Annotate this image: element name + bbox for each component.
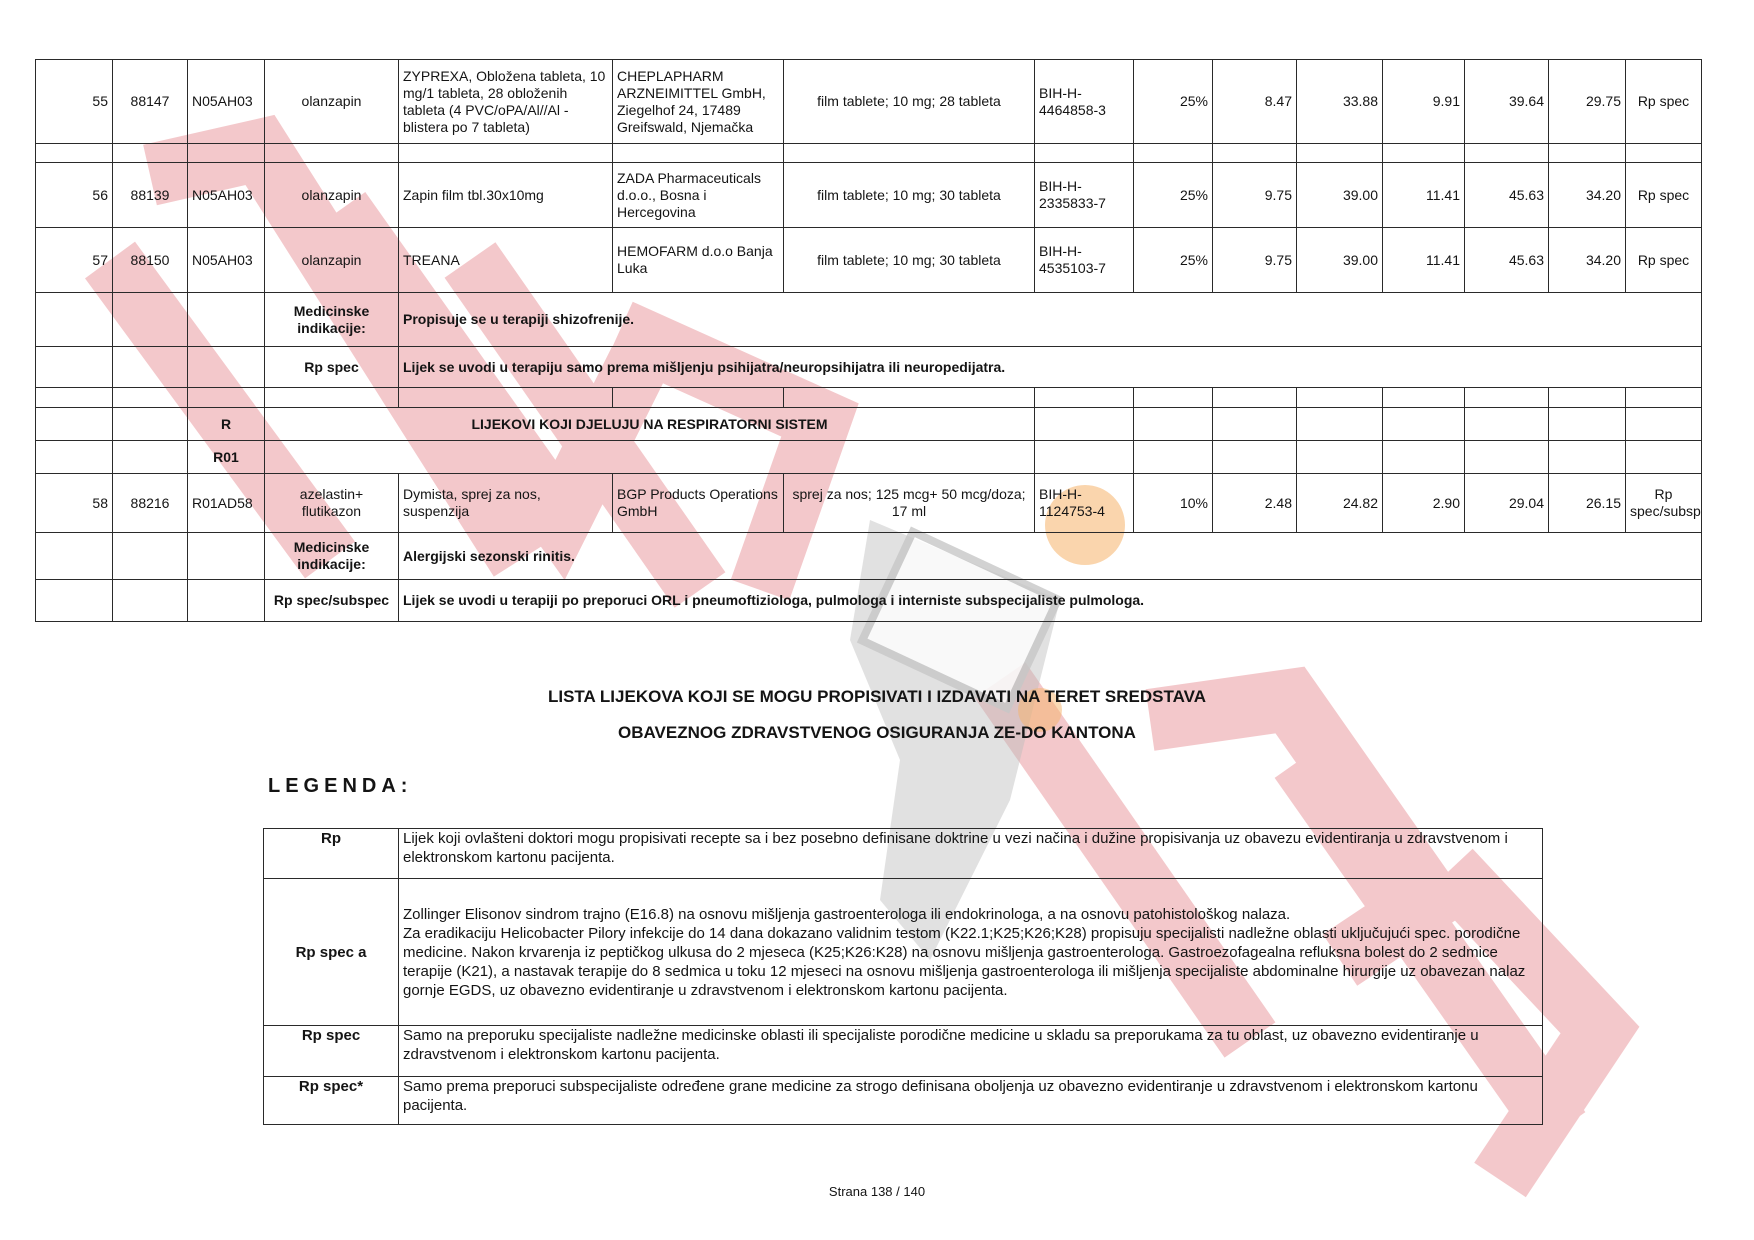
legend-text: Samo na preporuku specijaliste nadležne … <box>399 1026 1543 1077</box>
atc-code: N05AH03 <box>188 60 265 144</box>
license-number: BIH-H-4464858-3 <box>1035 60 1134 144</box>
group-title: LIJEKOVI KOJI DJELUJU NA RESPIRATORNI SI… <box>265 408 1035 441</box>
note-label: Medicinske indikacije: <box>265 293 399 347</box>
empty-cell <box>1549 388 1626 408</box>
inn-name: azelastin+ flutikazon <box>265 474 399 533</box>
group-code: R <box>188 408 265 441</box>
price-participation: 8.47 <box>1213 60 1297 144</box>
empty-cell <box>1465 441 1549 474</box>
empty-cell <box>36 347 113 388</box>
price-3: 29.04 <box>1465 474 1549 533</box>
empty-cell <box>399 388 613 408</box>
empty-cell <box>1134 388 1213 408</box>
empty-cell <box>265 388 399 408</box>
participation-percent: 25% <box>1134 228 1213 293</box>
empty-cell <box>613 388 784 408</box>
prescription-regime: Rp spec <box>1626 228 1702 293</box>
drug-code: 88139 <box>113 163 188 228</box>
empty-cell <box>1626 144 1702 163</box>
price-1: 33.88 <box>1297 60 1383 144</box>
olanzapin-regime-row: Rp specLijek se uvodi u terapiju samo pr… <box>36 347 1702 388</box>
price-1: 24.82 <box>1297 474 1383 533</box>
price-1: 39.00 <box>1297 228 1383 293</box>
legend-row-rp: Rp Lijek koji ovlašteni doktori mogu pro… <box>264 829 1543 879</box>
empty-cell <box>1297 144 1383 163</box>
empty-cell <box>1626 388 1702 408</box>
price-4: 26.15 <box>1549 474 1626 533</box>
empty-cell <box>36 408 113 441</box>
empty-cell <box>1626 441 1702 474</box>
empty-cell <box>188 388 265 408</box>
legend-text-line: Za eradikaciju Helicobacter Pilory infek… <box>403 924 1538 1000</box>
legend-row-rp-spec-star: Rp spec* Samo prema preporuci subspecija… <box>264 1077 1543 1125</box>
empty-cell <box>113 347 188 388</box>
group-code: R01 <box>188 441 265 474</box>
price-2: 9.91 <box>1383 60 1465 144</box>
atc-code: R01AD58 <box>188 474 265 533</box>
empty-cell <box>1134 408 1213 441</box>
drug-code: 88150 <box>113 228 188 293</box>
empty-cell <box>399 144 613 163</box>
participation-percent: 10% <box>1134 474 1213 533</box>
empty-cell <box>1465 408 1549 441</box>
license-number: BIH-H-1124753-4 <box>1035 474 1134 533</box>
empty-cell <box>113 580 188 622</box>
empty-cell <box>113 388 188 408</box>
row-number: 56 <box>36 163 113 228</box>
empty-cell <box>1213 144 1297 163</box>
empty-cell <box>1035 408 1134 441</box>
drug-name: Dymista, sprej za nos, suspenzija <box>399 474 613 533</box>
empty-cell <box>1465 144 1549 163</box>
row-number: 57 <box>36 228 113 293</box>
inn-name: olanzapin <box>265 163 399 228</box>
empty-cell <box>1035 144 1134 163</box>
empty-cell <box>1383 408 1465 441</box>
legend-heading: LEGENDA: <box>268 775 412 798</box>
pharmaceutical-form: film tablete; 10 mg; 30 tableta <box>784 228 1035 293</box>
dymista-regime-row: Rp spec/subspecLijek se uvodi u terapiji… <box>36 580 1702 622</box>
olanzapin-indication-row: Medicinske indikacije:Propisuje se u ter… <box>36 293 1702 347</box>
legend-row-rp-spec-a: Rp spec a Zollinger Elisonov sindrom tra… <box>264 879 1543 1026</box>
legend-key: Rp spec <box>264 1026 399 1077</box>
drug-list-table: 5588147N05AH03olanzapinZYPREXA, Obložena… <box>35 59 1702 622</box>
group-row-r01: R01 <box>36 441 1702 474</box>
empty-cell <box>188 580 265 622</box>
empty-cell <box>113 293 188 347</box>
drug-row: 5588147N05AH03olanzapinZYPREXA, Obložena… <box>36 60 1702 144</box>
empty-cell <box>1549 144 1626 163</box>
empty-cell <box>1465 388 1549 408</box>
price-3: 45.63 <box>1465 228 1549 293</box>
participation-percent: 25% <box>1134 163 1213 228</box>
empty-cell <box>36 533 113 580</box>
note-text: Lijek se uvodi u terapiju samo prema miš… <box>399 347 1702 388</box>
note-label: Medicinske indikacije: <box>265 533 399 580</box>
empty-cell <box>188 533 265 580</box>
legend-text: Zollinger Elisonov sindrom trajno (E16.8… <box>399 879 1543 1026</box>
inn-name: olanzapin <box>265 228 399 293</box>
empty-cell <box>613 144 784 163</box>
empty-cell <box>36 144 113 163</box>
price-2: 11.41 <box>1383 163 1465 228</box>
price-participation: 2.48 <box>1213 474 1297 533</box>
drug-name: TREANA <box>399 228 613 293</box>
empty-cell <box>113 533 188 580</box>
row-number: 55 <box>36 60 113 144</box>
legend-text: Lijek koji ovlašteni doktori mogu propis… <box>399 829 1543 879</box>
price-participation: 9.75 <box>1213 228 1297 293</box>
page-number: Strana 138 / 140 <box>0 1184 1754 1199</box>
empty-cell <box>1297 441 1383 474</box>
prescription-regime: Rp spec/subspec <box>1626 474 1702 533</box>
manufacturer: HEMOFARM d.o.o Banja Luka <box>613 228 784 293</box>
empty-cell <box>1035 441 1134 474</box>
empty-cell <box>188 293 265 347</box>
legend-row-rp-spec: Rp spec Samo na preporuku specijaliste n… <box>264 1026 1543 1077</box>
price-2: 11.41 <box>1383 228 1465 293</box>
drug-name: ZYPREXA, Obložena tableta, 10 mg/1 table… <box>399 60 613 144</box>
empty-cell <box>1383 388 1465 408</box>
empty-cell <box>1297 408 1383 441</box>
drug-row: 5788150N05AH03olanzapinTREANAHEMOFARM d.… <box>36 228 1702 293</box>
list-title-line-2: OBAVEZNOG ZDRAVSTVENOG OSIGURANJA ZE-DO … <box>0 723 1754 743</box>
dymista-indication-row: Medicinske indikacije:Alergijski sezonsk… <box>36 533 1702 580</box>
legend-text: Samo prema preporuci subspecijaliste odr… <box>399 1077 1543 1125</box>
price-4: 29.75 <box>1549 60 1626 144</box>
price-3: 39.64 <box>1465 60 1549 144</box>
empty-cell <box>1035 388 1134 408</box>
prescription-regime: Rp spec <box>1626 60 1702 144</box>
empty-cell <box>265 144 399 163</box>
prescription-regime: Rp spec <box>1626 163 1702 228</box>
empty-cell <box>1383 144 1465 163</box>
empty-cell <box>188 144 265 163</box>
empty-cell <box>784 388 1035 408</box>
price-4: 34.20 <box>1549 228 1626 293</box>
empty-cell <box>113 408 188 441</box>
empty-cell <box>784 144 1035 163</box>
pharmaceutical-form: film tablete; 10 mg; 30 tableta <box>784 163 1035 228</box>
price-participation: 9.75 <box>1213 163 1297 228</box>
legend-text-line: Zollinger Elisonov sindrom trajno (E16.8… <box>403 905 1538 924</box>
drug-code: 88147 <box>113 60 188 144</box>
empty-cell <box>36 293 113 347</box>
drug-row: 5688139N05AH03olanzapinZapin film tbl.30… <box>36 163 1702 228</box>
participation-percent: 25% <box>1134 60 1213 144</box>
note-label: Rp spec <box>265 347 399 388</box>
inn-name: olanzapin <box>265 60 399 144</box>
empty-cell <box>1383 441 1465 474</box>
note-text: Propisuje se u terapiji shizofrenije. <box>399 293 1702 347</box>
note-text: Alergijski sezonski rinitis. <box>399 533 1702 580</box>
empty-cell <box>1134 441 1213 474</box>
note-text: Lijek se uvodi u terapiji po preporuci O… <box>399 580 1702 622</box>
empty-cell <box>36 441 113 474</box>
legend-key: Rp <box>264 829 399 879</box>
empty-cell <box>1549 441 1626 474</box>
empty-cell <box>1213 388 1297 408</box>
group-row-r: RLIJEKOVI KOJI DJELUJU NA RESPIRATORNI S… <box>36 408 1702 441</box>
price-4: 34.20 <box>1549 163 1626 228</box>
spacer-row <box>36 144 1702 163</box>
note-label: Rp spec/subspec <box>265 580 399 622</box>
empty-cell <box>1549 408 1626 441</box>
empty-cell <box>113 144 188 163</box>
row-number: 58 <box>36 474 113 533</box>
drug-code: 88216 <box>113 474 188 533</box>
manufacturer: ZADA Pharmaceuticals d.o.o., Bosna i Her… <box>613 163 784 228</box>
group-title <box>265 441 1035 474</box>
license-number: BIH-H-4535103-7 <box>1035 228 1134 293</box>
drug-row: 5888216R01AD58azelastin+ flutikazonDymis… <box>36 474 1702 533</box>
pharmaceutical-form: sprej za nos; 125 mcg+ 50 mcg/doza; 17 m… <box>784 474 1035 533</box>
empty-cell <box>1626 408 1702 441</box>
empty-cell <box>1297 388 1383 408</box>
price-3: 45.63 <box>1465 163 1549 228</box>
empty-cell <box>188 347 265 388</box>
empty-cell <box>36 580 113 622</box>
manufacturer: BGP Products Operations GmbH <box>613 474 784 533</box>
drug-name: Zapin film tbl.30x10mg <box>399 163 613 228</box>
license-number: BIH-H-2335833-7 <box>1035 163 1134 228</box>
empty-cell <box>1134 144 1213 163</box>
empty-cell <box>1213 408 1297 441</box>
legend-key: Rp spec* <box>264 1077 399 1125</box>
legend-key: Rp spec a <box>264 879 399 1026</box>
manufacturer: CHEPLAPHARM ARZNEIMITTEL GmbH, Ziegelhof… <box>613 60 784 144</box>
pharmaceutical-form: film tablete; 10 mg; 28 tableta <box>784 60 1035 144</box>
price-1: 39.00 <box>1297 163 1383 228</box>
empty-cell <box>36 388 113 408</box>
atc-code: N05AH03 <box>188 228 265 293</box>
list-title-line-1: LISTA LIJEKOVA KOJI SE MOGU PROPISIVATI … <box>0 687 1754 707</box>
legend-table: Rp Lijek koji ovlašteni doktori mogu pro… <box>263 828 1543 1125</box>
empty-cell <box>113 441 188 474</box>
empty-cell <box>1213 441 1297 474</box>
atc-code: N05AH03 <box>188 163 265 228</box>
spacer-row <box>36 388 1702 408</box>
price-2: 2.90 <box>1383 474 1465 533</box>
